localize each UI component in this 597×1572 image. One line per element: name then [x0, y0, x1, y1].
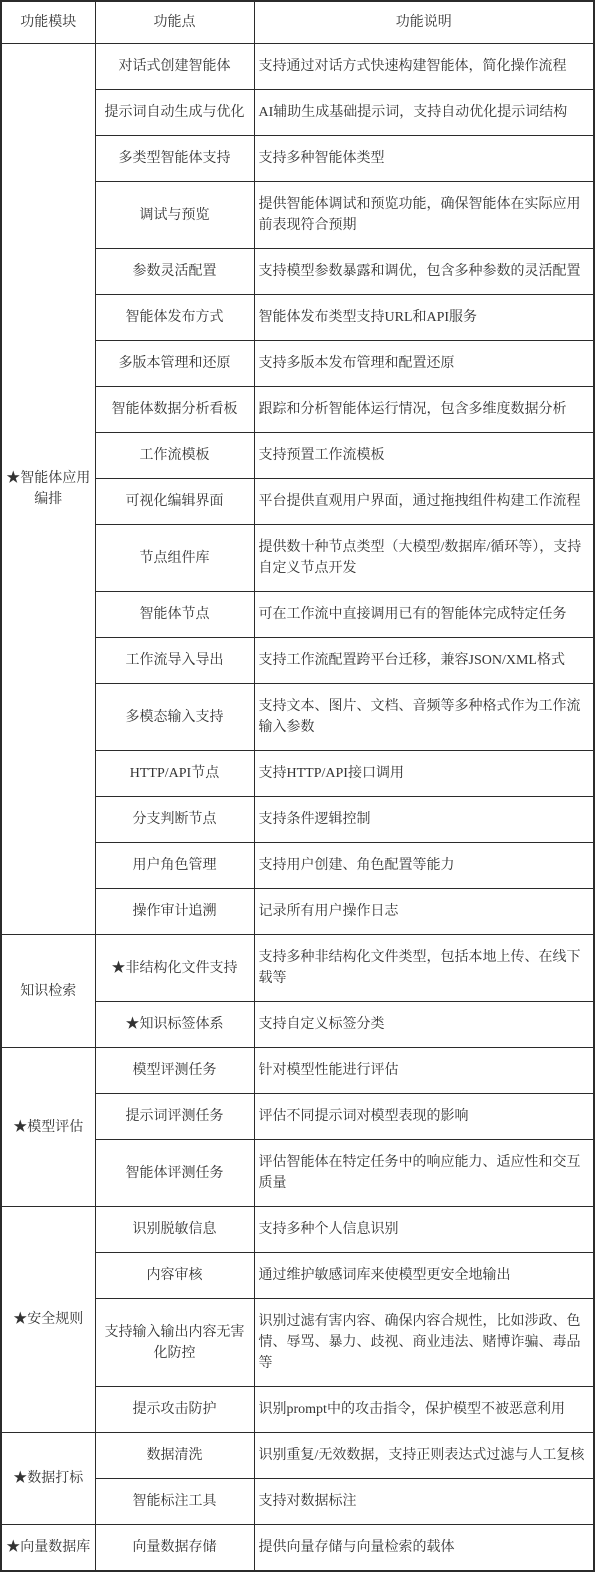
point-cell: 多版本管理和还原: [95, 341, 254, 387]
desc-cell: 通过维护敏感词库来使模型更安全地输出: [254, 1253, 594, 1299]
column-header-module: 功能模块: [1, 1, 95, 44]
desc-cell: 识别重复/无效数据，支持正则表达式过滤与人工复核: [254, 1433, 594, 1479]
desc-cell: 识别过滤有害内容、确保内容合规性，比如涉政、色情、辱骂、暴力、歧视、商业违法、赌…: [254, 1299, 594, 1387]
desc-cell: 可在工作流中直接调用已有的智能体完成特定任务: [254, 592, 594, 638]
point-cell: 智能体节点: [95, 592, 254, 638]
desc-cell: 智能体发布类型支持URL和API服务: [254, 295, 594, 341]
desc-cell: 评估不同提示词对模型表现的影响: [254, 1094, 594, 1140]
point-cell: 提示攻击防护: [95, 1387, 254, 1433]
point-cell: ★知识标签体系: [95, 1002, 254, 1048]
desc-cell: 支持多种智能体类型: [254, 136, 594, 182]
desc-cell: 支持文本、图片、文档、音频等多种格式作为工作流输入参数: [254, 684, 594, 751]
point-cell: 操作审计追溯: [95, 889, 254, 935]
desc-cell: 支持通过对话方式快速构建智能体，简化操作流程: [254, 44, 594, 90]
desc-cell: 提供智能体调试和预览功能，确保智能体在实际应用前表现符合预期: [254, 182, 594, 249]
desc-cell: 支持HTTP/API接口调用: [254, 751, 594, 797]
table-row: 知识检索 ★非结构化文件支持 支持多种非结构化文件类型，包括本地上传、在线下载等: [1, 935, 594, 1002]
point-cell: 支持输入输出内容无害化防控: [95, 1299, 254, 1387]
module-cell: ★向量数据库: [1, 1525, 95, 1572]
point-cell: 节点组件库: [95, 525, 254, 592]
desc-cell: 支持条件逻辑控制: [254, 797, 594, 843]
table-row: ★数据打标 数据清洗 识别重复/无效数据，支持正则表达式过滤与人工复核: [1, 1433, 594, 1479]
point-cell: 工作流导入导出: [95, 638, 254, 684]
desc-cell: AI辅助生成基础提示词，支持自动优化提示词结构: [254, 90, 594, 136]
point-cell: 智能标注工具: [95, 1479, 254, 1525]
desc-cell: 支持多种非结构化文件类型，包括本地上传、在线下载等: [254, 935, 594, 1002]
desc-cell: 支持对数据标注: [254, 1479, 594, 1525]
module-cell: ★模型评估: [1, 1048, 95, 1207]
point-cell: 智能体发布方式: [95, 295, 254, 341]
point-cell: 参数灵活配置: [95, 249, 254, 295]
point-cell: 内容审核: [95, 1253, 254, 1299]
desc-cell: 平台提供直观用户界面，通过拖拽组件构建工作流程: [254, 479, 594, 525]
point-cell: 向量数据存储: [95, 1525, 254, 1572]
point-cell: ★非结构化文件支持: [95, 935, 254, 1002]
point-cell: 多模态输入支持: [95, 684, 254, 751]
desc-cell: 支持多种个人信息识别: [254, 1207, 594, 1253]
desc-cell: 支持用户创建、角色配置等能力: [254, 843, 594, 889]
header-row: 功能模块 功能点 功能说明: [1, 1, 594, 44]
point-cell: 模型评测任务: [95, 1048, 254, 1094]
table-row: ★智能体应用编排 对话式创建智能体 支持通过对话方式快速构建智能体，简化操作流程: [1, 44, 594, 90]
point-cell: 提示词评测任务: [95, 1094, 254, 1140]
point-cell: 智能体数据分析看板: [95, 387, 254, 433]
desc-cell: 支持工作流配置跨平台迁移，兼容JSON/XML格式: [254, 638, 594, 684]
table-row: ★安全规则 识别脱敏信息 支持多种个人信息识别: [1, 1207, 594, 1253]
module-cell: 知识检索: [1, 935, 95, 1048]
desc-cell: 评估智能体在特定任务中的响应能力、适应性和交互质量: [254, 1140, 594, 1207]
desc-cell: 支持预置工作流模板: [254, 433, 594, 479]
desc-cell: 提供数十种节点类型（大模型/数据库/循环等），支持自定义节点开发: [254, 525, 594, 592]
column-header-point: 功能点: [95, 1, 254, 44]
point-cell: HTTP/API节点: [95, 751, 254, 797]
point-cell: 调试与预览: [95, 182, 254, 249]
module-cell: ★安全规则: [1, 1207, 95, 1433]
module-cell: ★数据打标: [1, 1433, 95, 1525]
point-cell: 分支判断节点: [95, 797, 254, 843]
point-cell: 对话式创建智能体: [95, 44, 254, 90]
point-cell: 数据清洗: [95, 1433, 254, 1479]
column-header-desc: 功能说明: [254, 1, 594, 44]
desc-cell: 记录所有用户操作日志: [254, 889, 594, 935]
point-cell: 用户角色管理: [95, 843, 254, 889]
page: 功能模块 功能点 功能说明 ★智能体应用编排 对话式创建智能体 支持通过对话方式…: [0, 0, 597, 1572]
point-cell: 提示词自动生成与优化: [95, 90, 254, 136]
table-row: ★模型评估 模型评测任务 针对模型性能进行评估: [1, 1048, 594, 1094]
table-row: ★向量数据库 向量数据存储 提供向量存储与向量检索的载体: [1, 1525, 594, 1572]
desc-cell: 支持自定义标签分类: [254, 1002, 594, 1048]
point-cell: 识别脱敏信息: [95, 1207, 254, 1253]
point-cell: 工作流模板: [95, 433, 254, 479]
module-cell: ★智能体应用编排: [1, 44, 95, 935]
desc-cell: 识别prompt中的攻击指令，保护模型不被恶意利用: [254, 1387, 594, 1433]
point-cell: 多类型智能体支持: [95, 136, 254, 182]
desc-cell: 提供向量存储与向量检索的载体: [254, 1525, 594, 1572]
features-table: 功能模块 功能点 功能说明 ★智能体应用编排 对话式创建智能体 支持通过对话方式…: [0, 0, 595, 1572]
desc-cell: 支持多版本发布管理和配置还原: [254, 341, 594, 387]
point-cell: 可视化编辑界面: [95, 479, 254, 525]
desc-cell: 支持模型参数暴露和调优，包含多种参数的灵活配置: [254, 249, 594, 295]
desc-cell: 针对模型性能进行评估: [254, 1048, 594, 1094]
desc-cell: 跟踪和分析智能体运行情况，包含多维度数据分析: [254, 387, 594, 433]
point-cell: 智能体评测任务: [95, 1140, 254, 1207]
